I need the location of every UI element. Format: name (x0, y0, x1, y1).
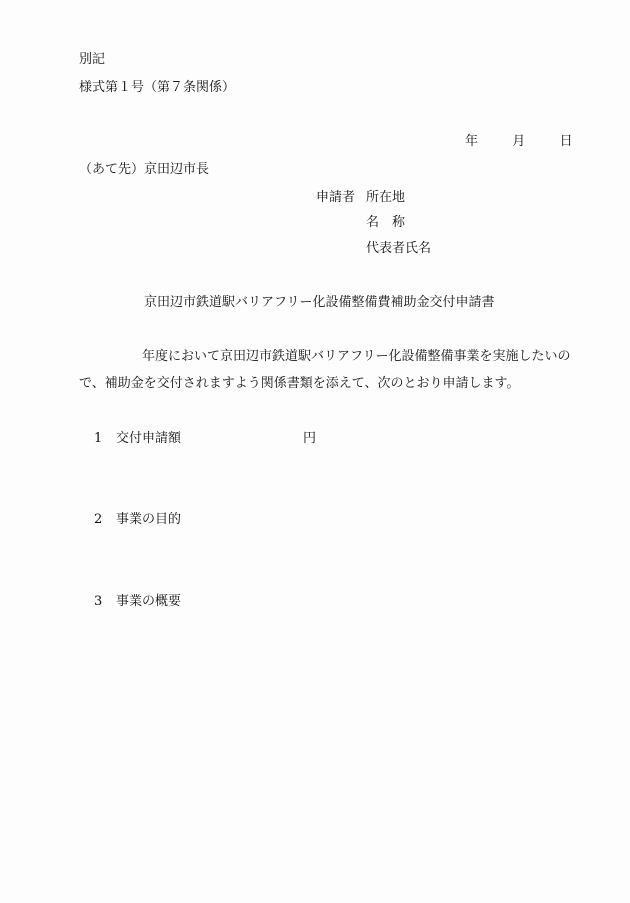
document-title: 京田辺市鉄道駅バリアフリー化設備整備費補助金交付申請書 (144, 295, 494, 311)
item-label-grant-amount: 交付申請額 (116, 431, 181, 447)
body-line-2: で、補助金を交付されますよう関係書類を添えて、次のとおり申請します。 (79, 376, 519, 392)
item-number-3: 3 (94, 594, 102, 610)
item-number-2: 2 (94, 512, 102, 528)
applicant-representative-label: 代表者氏名 (366, 241, 431, 257)
form-number: 様式第１号（第７条関係） (79, 80, 235, 96)
addressee: （あて先）京田辺市長 (79, 162, 209, 178)
applicant-address-label: 所在地 (366, 190, 405, 206)
applicant-name-label: 名 称 (366, 215, 405, 231)
item-number-1: 1 (94, 431, 102, 447)
applicant-label: 申請者 (316, 190, 355, 206)
date-field: 年 月 日 (465, 134, 573, 150)
month-label: 月 (512, 134, 525, 150)
item-label-project-overview: 事業の概要 (116, 594, 181, 610)
body-line-1: 年度において京田辺市鉄道駅バリアフリー化設備整備事業を実施したいの (142, 349, 570, 365)
item-unit-yen: 円 (303, 431, 316, 447)
day-label: 日 (560, 134, 573, 150)
annex-label: 別記 (79, 52, 105, 68)
year-label: 年 (465, 134, 478, 150)
item-label-project-purpose: 事業の目的 (116, 512, 181, 528)
